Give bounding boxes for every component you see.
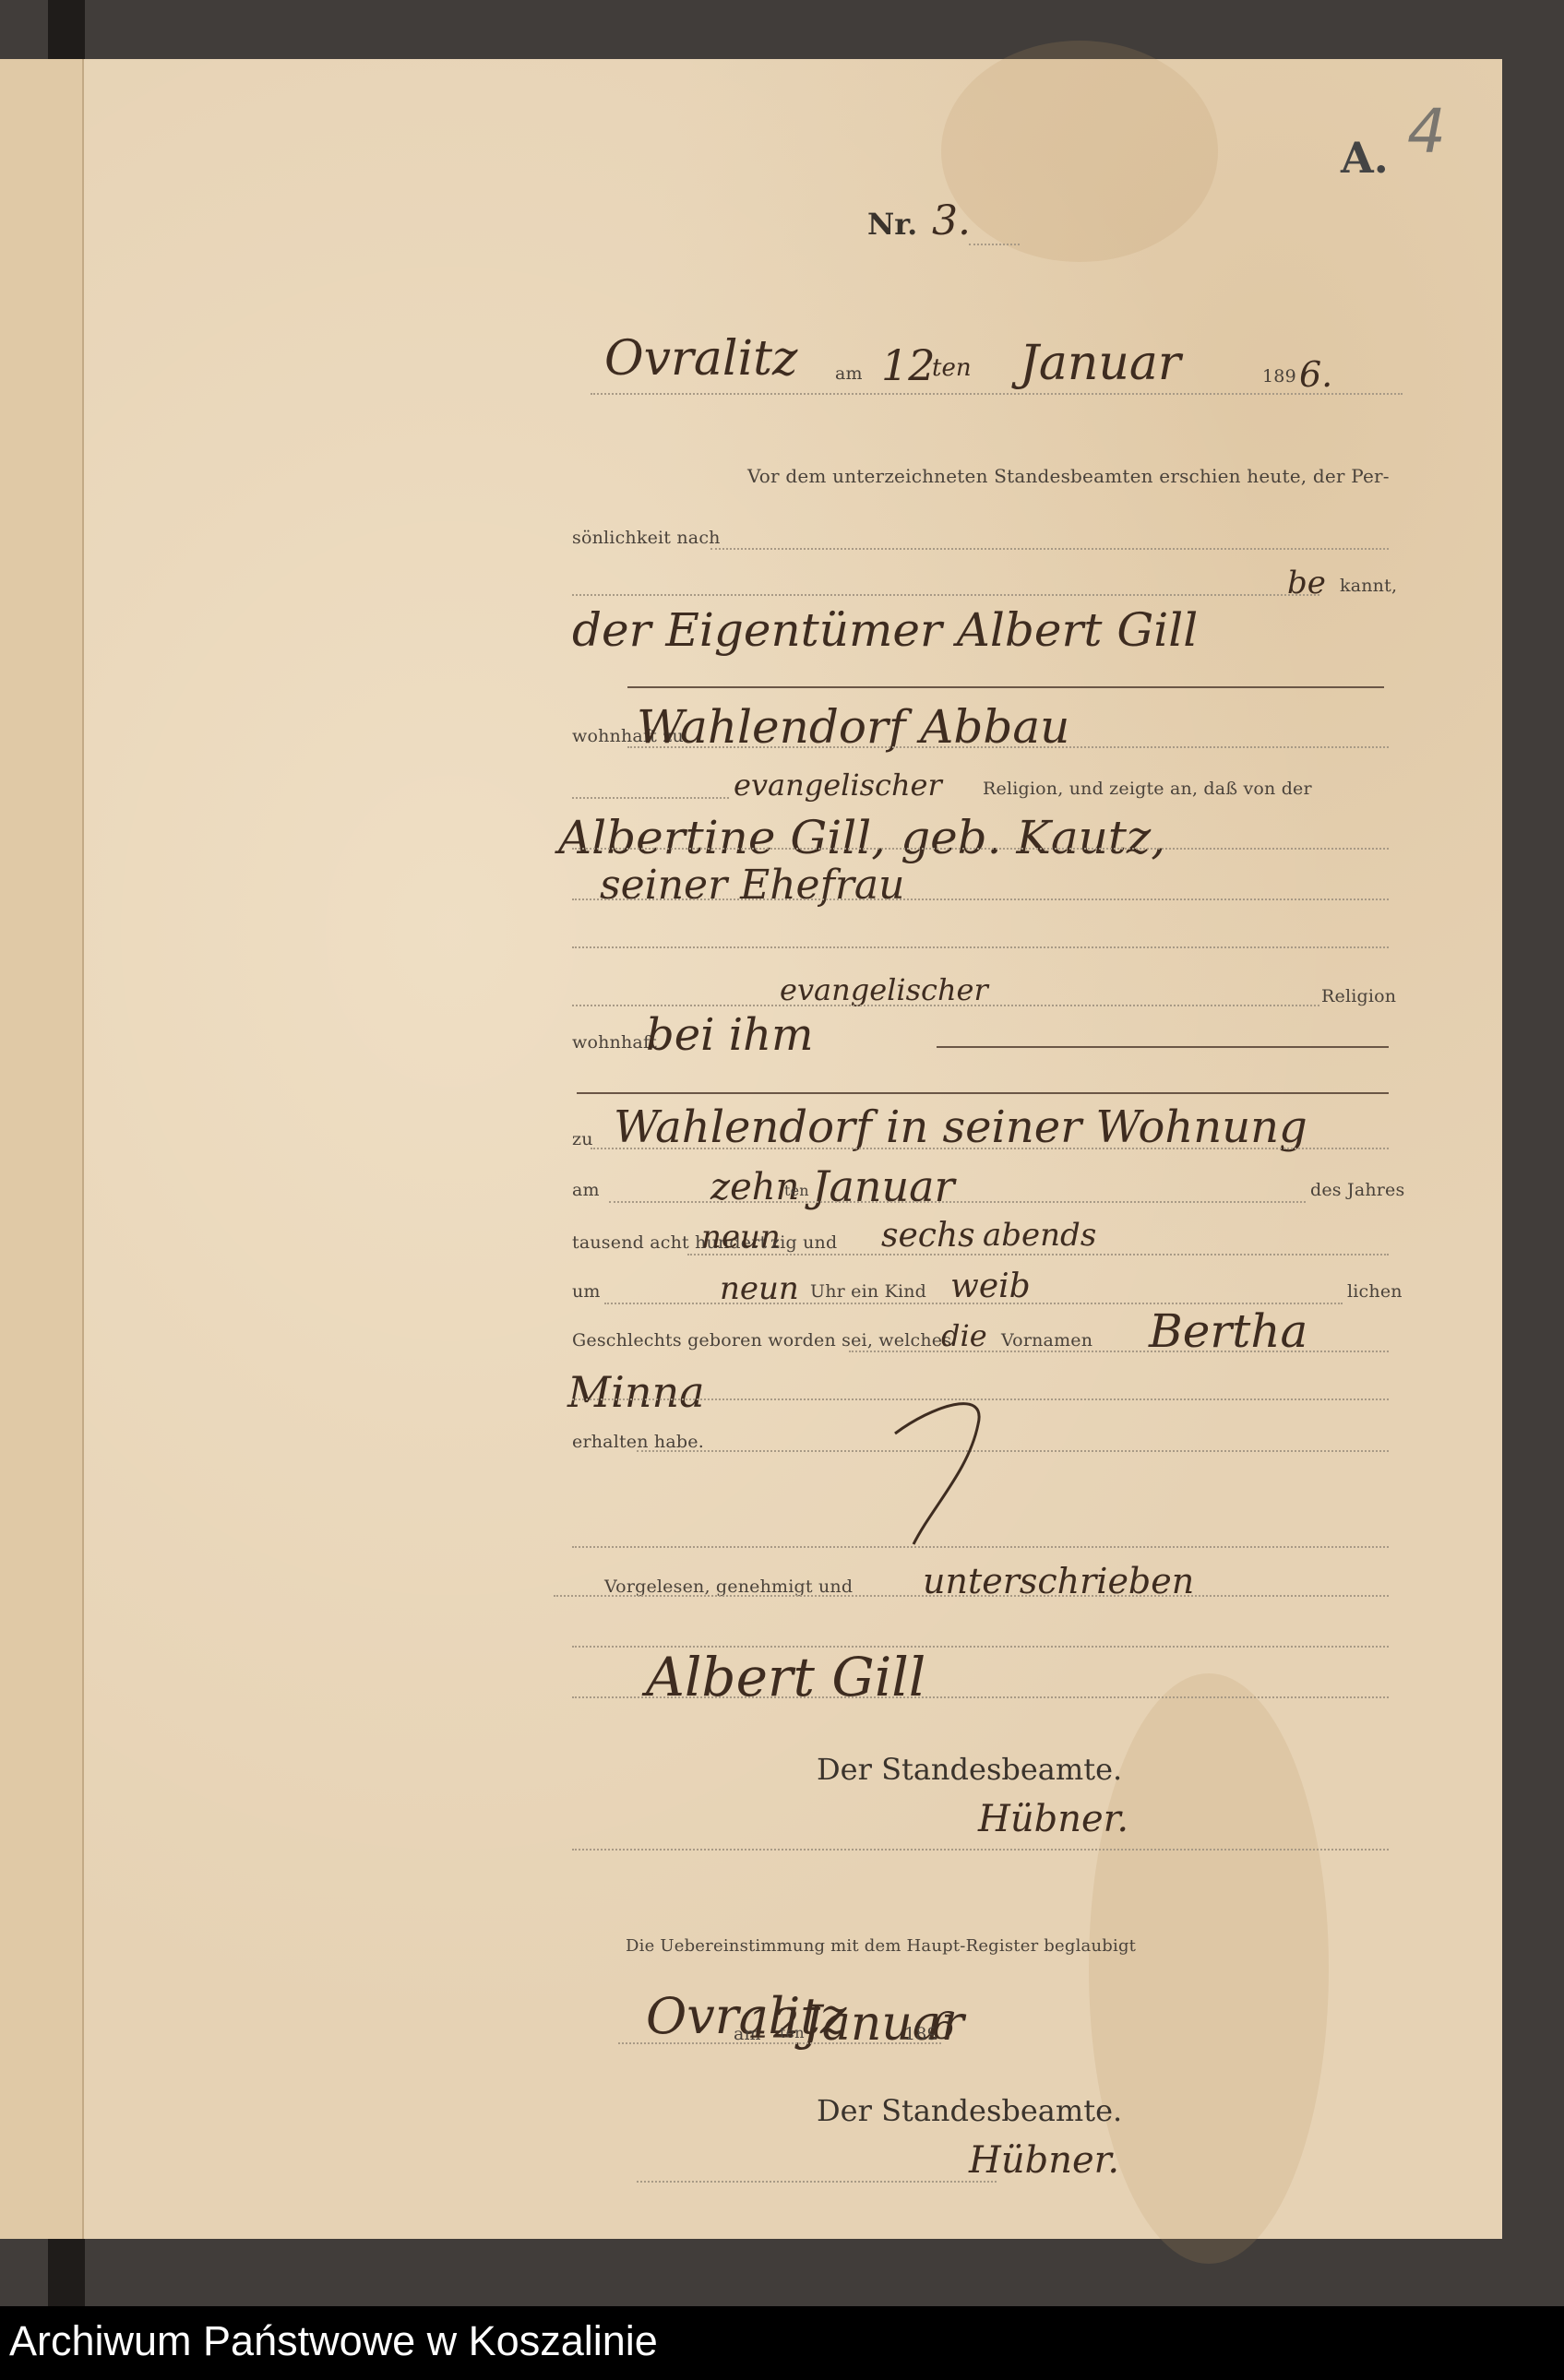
entry-number: 3. [932,197,971,244]
dotted-line [591,1148,1389,1149]
des-jahres-label: des Jahres [1310,1180,1404,1200]
second-name-hand: Minna [567,1367,705,1417]
entry-label: Nr. [867,207,917,242]
mother-relation-hand: seiner Ehefrau [600,862,904,909]
wohnhaft-hand: bei ihm [646,1009,814,1061]
declarant-hand: der Eigentümer Albert Gill [572,603,1198,657]
vornamen-label: Vornamen [1001,1330,1092,1351]
dotted-line [572,848,1389,850]
dotted-line [618,2042,941,2044]
page-number-pencil: 4 [1407,96,1446,167]
year-printed: 189 [1262,366,1296,387]
dotted-line [572,1696,1389,1698]
intro-text: Vor dem unterzeichneten Standesbeamten e… [747,465,1390,487]
dotted-line [572,1005,1319,1006]
record-form: A. 4 Nr. 3. Ovralitz am 12 ten Januar 18… [0,59,1502,2239]
dotted-line [572,898,1389,900]
religion1-hand: evangelischer [734,768,942,803]
vorgelesen-label: Vorgelesen, genehmigt und [604,1577,853,1597]
dotted-line [572,1849,1389,1850]
cert-registrar-signature: Hübner. [969,2139,1119,2182]
dotted-line [572,1546,1389,1548]
dotted-line [627,746,1389,748]
dotted-line [637,1450,1389,1452]
die-hand: die [941,1318,987,1353]
dotted-line [849,1351,1389,1352]
dotted-line [609,1201,1306,1203]
uhr-kind-label: Uhr ein Kind [810,1281,926,1302]
strike-line [627,686,1384,688]
register-letter: A. [1341,133,1389,183]
dotted-line [572,797,729,799]
religion1-print: Religion, und zeigte an, daß von der [983,779,1312,799]
cert-ten-label: ten [780,2024,805,2041]
am-label: am [835,363,863,384]
lichen-label: lichen [1347,1281,1403,1302]
strike-line [937,1046,1389,1048]
day-suffix-hand: ten [932,354,972,382]
birthplace-hand: Wahlendorf in seiner Wohnung [614,1101,1307,1153]
certification-text: Die Uebereinstimmung mit dem Haupt-Regis… [626,1936,1136,1956]
year-hand: 6. [1299,354,1332,395]
cert-registrar-title: Der Standesbeamte. [817,2093,1122,2128]
ten-label: ten [784,1182,809,1199]
closing-flourish [877,1369,997,1553]
hour-hand: neun [720,1270,799,1307]
am-label-2: am [572,1180,600,1200]
erhalten-label: erhalten habe. [572,1432,704,1452]
religion2-print: Religion [1321,986,1396,1006]
dotted-line [687,1254,1389,1255]
sex-hand: weib [950,1267,1031,1305]
zig-und-label: zig und [770,1232,837,1253]
dotted-line [572,946,1389,948]
birth-month-hand: Januar [812,1161,955,1211]
abends-hand: abends [983,1217,1096,1254]
um-label: um [572,1281,601,1302]
dotted-line [969,244,1020,245]
dotted-line [637,2181,997,2183]
strike-line [577,1092,1389,1094]
place-hand: Ovralitz [604,331,797,387]
declarant-signature: Albert Gill [646,1646,925,1708]
day-hand: 12 [881,340,936,390]
year-units-hand: sechs [881,1217,975,1255]
dotted-line [710,548,1389,550]
geschlechts-label: Geschlechts geboren worden sei, welches [572,1330,951,1351]
persoenlichkeit-text: sönlichkeit nach [572,528,721,548]
registrar-title: Der Standesbeamte. [817,1752,1122,1787]
binding-strap-bottom [48,2239,85,2306]
dotted-line [572,594,1319,596]
wohnhaft-label: wohnhaft [572,1032,657,1053]
month-hand: Januar [1020,336,1181,391]
archive-footer-bar: Archiwum Państwowe w Koszalinie [0,2306,1564,2380]
archive-name: Archiwum Państwowe w Koszalinie [9,2317,658,2365]
religion2-hand: evangelischer [780,972,988,1007]
dotted-line [554,1595,1389,1597]
mother-hand: Albertine Gill, geb. Kautz, [558,811,1165,864]
bekannt-print: kannt, [1340,576,1397,596]
dotted-line [591,393,1403,395]
registrar-signature: Hübner. [978,1798,1128,1840]
register-page: A. 4 Nr. 3. Ovralitz am 12 ten Januar 18… [0,59,1502,2239]
bekannt-hand: be [1287,565,1326,601]
zu-label: zu [572,1129,593,1149]
year-tens-hand: neun [701,1219,781,1255]
binding-strap-top [48,0,85,63]
